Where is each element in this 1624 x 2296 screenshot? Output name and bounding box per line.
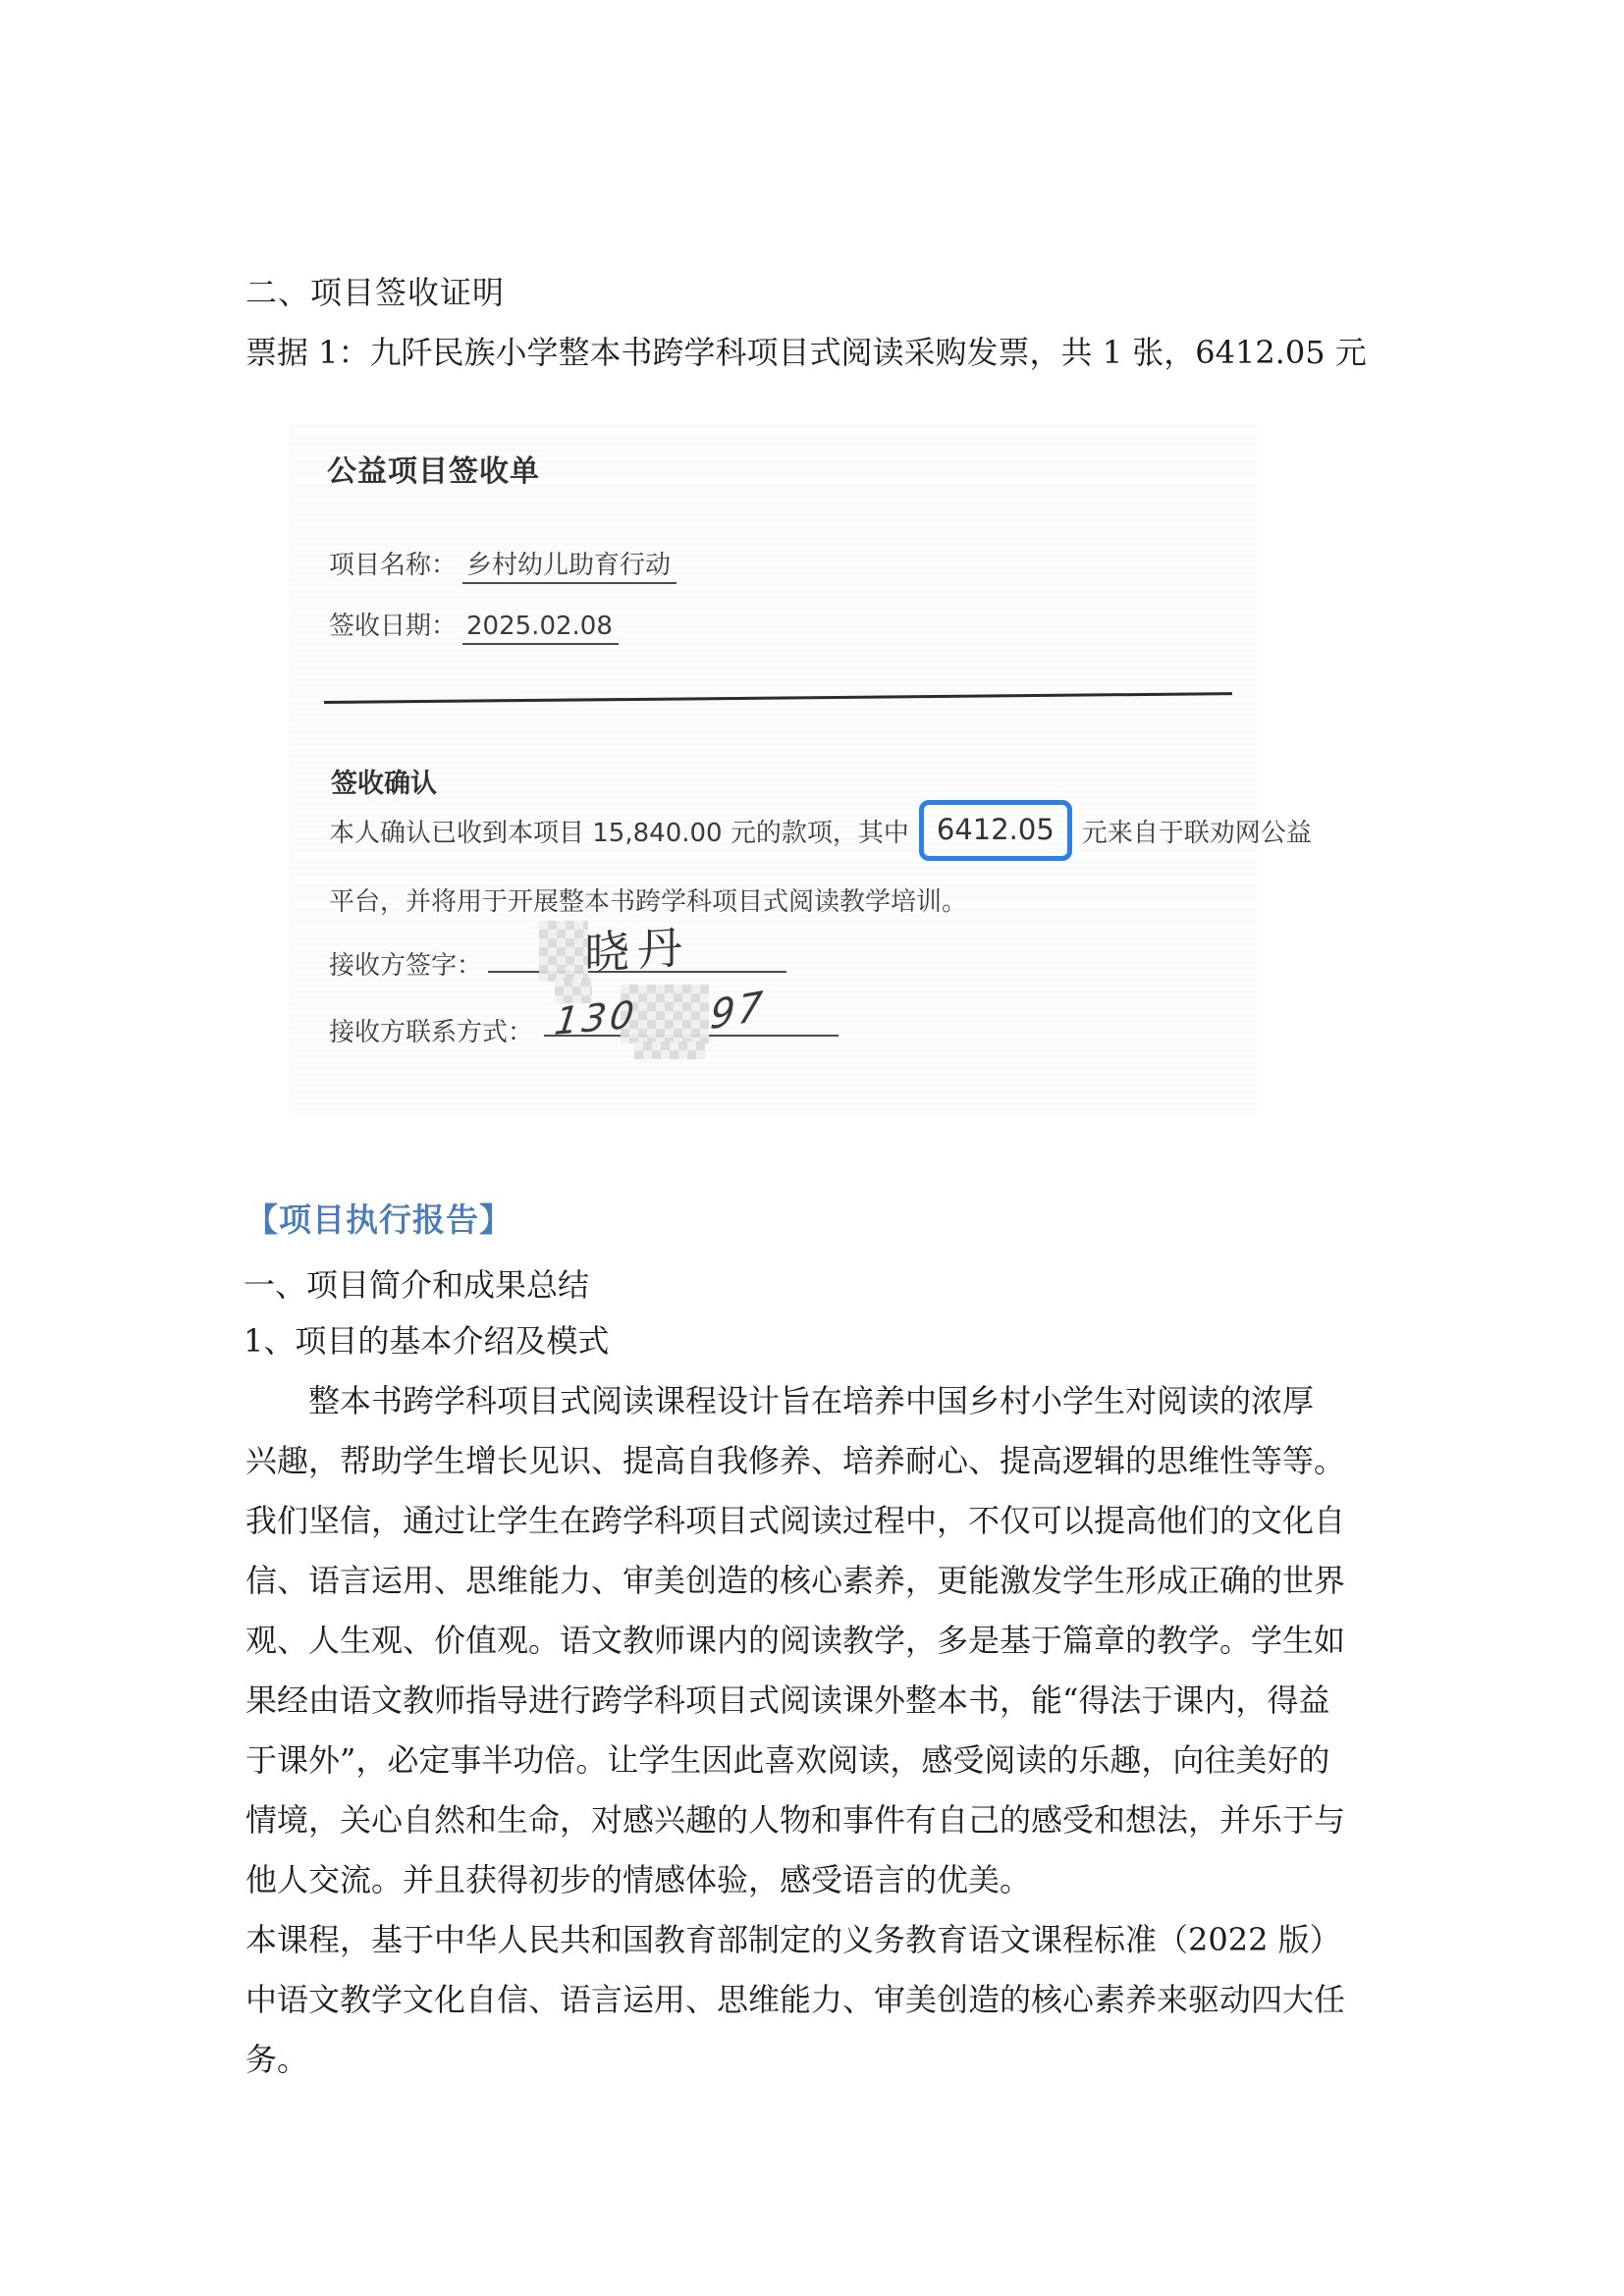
body-line: 兴趣，帮助学生增长见识、提高自我修养、培养耐心、提高逻辑的思维性等等。 (245, 1439, 1389, 1483)
section-heading: 二、项目签收证明 (245, 275, 505, 310)
project-name-row: 项目名称：乡村幼儿助育行动 (329, 550, 677, 581)
phone-prefix-handwriting: 130 (552, 992, 640, 1043)
confirm-line-2: 平台，并将用于开展整本书跨学科项目式阅读教学培训。 (329, 881, 967, 918)
confirm-line-1: 本人确认已收到本项目 15,840.00 元的款项，其中 6412.05 元来自… (329, 792, 1312, 869)
body-line: 信、语言运用、思维能力、审美创造的核心素养，更能激发学生形成正确的世界 (245, 1559, 1389, 1603)
body-line: 我们坚信，通过让学生在跨学科项目式阅读过程中，不仅可以提高他们的文化自 (245, 1499, 1389, 1543)
project-name-value: 乡村幼儿助育行动 (462, 551, 677, 584)
receipt-image: 公益项目签收单 项目名称：乡村幼儿助育行动 签收日期：2025.02.08 签收… (290, 424, 1257, 1117)
document-page: 二、项目签收证明 票据 1：九阡民族小学整本书跨学科项目式阅读采购发票，共 1 … (0, 0, 1624, 2296)
project-name-label: 项目名称： (329, 551, 457, 580)
phone-suffix-handwriting: 97 (709, 983, 767, 1039)
phone-blur-patch (634, 1041, 705, 1059)
confirm-text-after: 元来自于联劝网公益 (1082, 813, 1312, 849)
body-paragraph: 整本书跨学科项目式阅读课程设计旨在培养中国乡村小学生对阅读的浓厚 兴趣，帮助学生… (245, 1379, 1389, 2098)
body-line: 务。 (245, 2038, 1389, 2082)
body-line: 他人交流。并且获得初步的情感体验，感受语言的优美。 (245, 1858, 1389, 1902)
body-line: 观、人生观、价值观。语文教师课内的阅读教学，多是基于篇章的教学。学生如 (245, 1619, 1389, 1663)
body-line: 整本书跨学科项目式阅读课程设计旨在培养中国乡村小学生对阅读的浓厚 (245, 1379, 1389, 1423)
body-line: 于课外”，必定事半功倍。让学生因此喜欢阅读，感受阅读的乐趣，向往美好的 (245, 1738, 1389, 1783)
body-line: 果经由语文教师指导进行跨学科项目式阅读课外整本书，能“得法于课内，得益 (245, 1679, 1389, 1723)
receipt-date-row: 签收日期：2025.02.08 (329, 611, 619, 642)
receipt-title: 公益项目签收单 (327, 447, 540, 490)
report-heading: 【项目执行报告】 (245, 1201, 513, 1239)
confirm-text-before: 本人确认已收到本项目 15,840.00 元的款项，其中 (329, 813, 909, 849)
sub-heading-2: 1、项目的基本介绍及模式 (244, 1323, 609, 1359)
body-line: 本课程，基于中华人民共和国教育部制定的义务教育语文课程标准（2022 版） (245, 1918, 1389, 1962)
sub-heading-1: 一、项目简介和成果总结 (244, 1267, 589, 1303)
receipt-date-value: 2025.02.08 (462, 612, 619, 645)
body-line: 中语文教学文化自信、语言运用、思维能力、审美创造的核心素养来驱动四大任 (245, 1978, 1389, 2022)
contact-label: 接收方联系方式： (329, 1012, 533, 1048)
signature-blur-patch (539, 921, 588, 982)
signer-label: 接收方签字： (329, 945, 482, 982)
amount-highlight-box: 6412.05 (919, 800, 1072, 861)
body-line: 情境，关心自然和生命，对感兴趣的人物和事件有自己的感受和想法，并乐于与 (245, 1798, 1389, 1842)
highlighted-amount: 6412.05 (937, 813, 1055, 846)
receipt-divider (324, 692, 1232, 704)
invoice-line: 票据 1：九阡民族小学整本书跨学科项目式阅读采购发票，共 1 张，6412.05… (245, 335, 1367, 370)
receipt-date-label: 签收日期： (329, 612, 457, 641)
signature-handwriting: 晓丹 (584, 911, 690, 984)
